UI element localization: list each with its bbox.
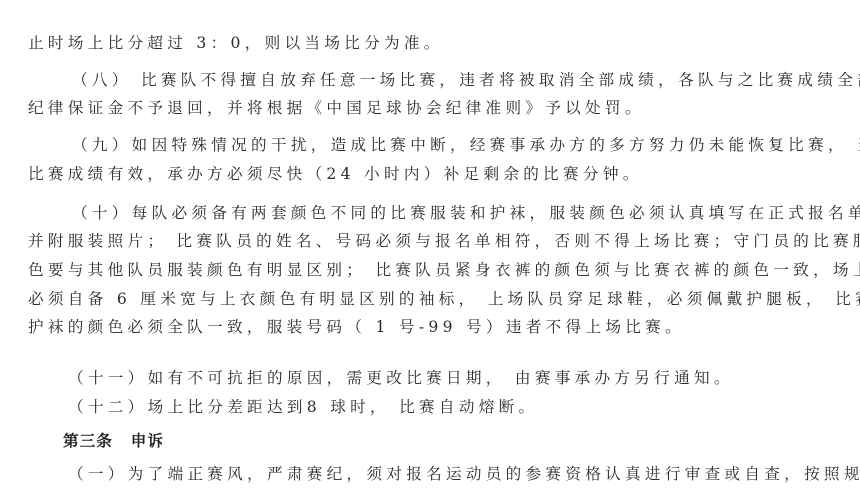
paragraph-10-line-3: 色要与其他队员服装颜色有明显区别； 比赛队员紧身衣裤的颜色须与比赛衣裤的颜色一致… <box>28 260 860 280</box>
paragraph-10-line-2: 并附服装照片； 比赛队员的姓名、号码必须与报名单相符，否则不得上场比赛；守门员的… <box>28 231 860 251</box>
section-heading: 第三条申诉 <box>63 431 164 451</box>
paragraph-12: （十二）场上比分差距达到8 球时， 比赛自动熔断。 <box>68 397 538 417</box>
paragraph-9-line-1: （九）如因特殊情况的干扰，造成比赛中断，经赛事承办方的多方努力仍未能恢复比赛， … <box>72 135 860 155</box>
section-title: 申诉 <box>131 432 164 450</box>
paragraph-10-line-5: 护袜的颜色必须全队一致，服装号码（ 1 号-99 号）违者不得上场比赛。 <box>28 317 685 337</box>
paragraph-11: （十一）如有不可抗拒的原因，需更改比赛日期， 由赛事承办方另行通知。 <box>68 368 734 388</box>
section-number: 第三条 <box>63 432 113 450</box>
paragraph-8-line-2: 纪律保证金不予退回，并将根据《中国足球协会纪律准则》予以处罚。 <box>28 98 645 118</box>
paragraph-10-line-1: （十）每队必须备有两套颜色不同的比赛服装和护袜，服装颜色必须认真填写在正式报名单… <box>72 203 860 223</box>
appeal-paragraph-1-line-1: （一）为了端正赛风，严肃赛纪，须对报名运动员的参赛资格认真进行审查或自查，按照规… <box>68 464 860 484</box>
paragraph-9-line-2: 比赛成绩有效，承办方必须尽快（24 小时内）补足剩余的比赛分钟。 <box>28 164 643 184</box>
paragraph-line-score-rule-end: 止时场上比分超过 3：0，则以当场比分为准。 <box>28 33 444 53</box>
paragraph-8-line-1: （八） 比赛队不得擅自放弃任意一场比赛，违者将被取消全部成绩，各队与之比赛成绩全… <box>72 70 860 90</box>
paragraph-10-line-4: 必须自备 6 厘米宽与上衣颜色有明显区别的袖标， 上场队员穿足球鞋，必须佩戴护腿… <box>28 289 860 309</box>
